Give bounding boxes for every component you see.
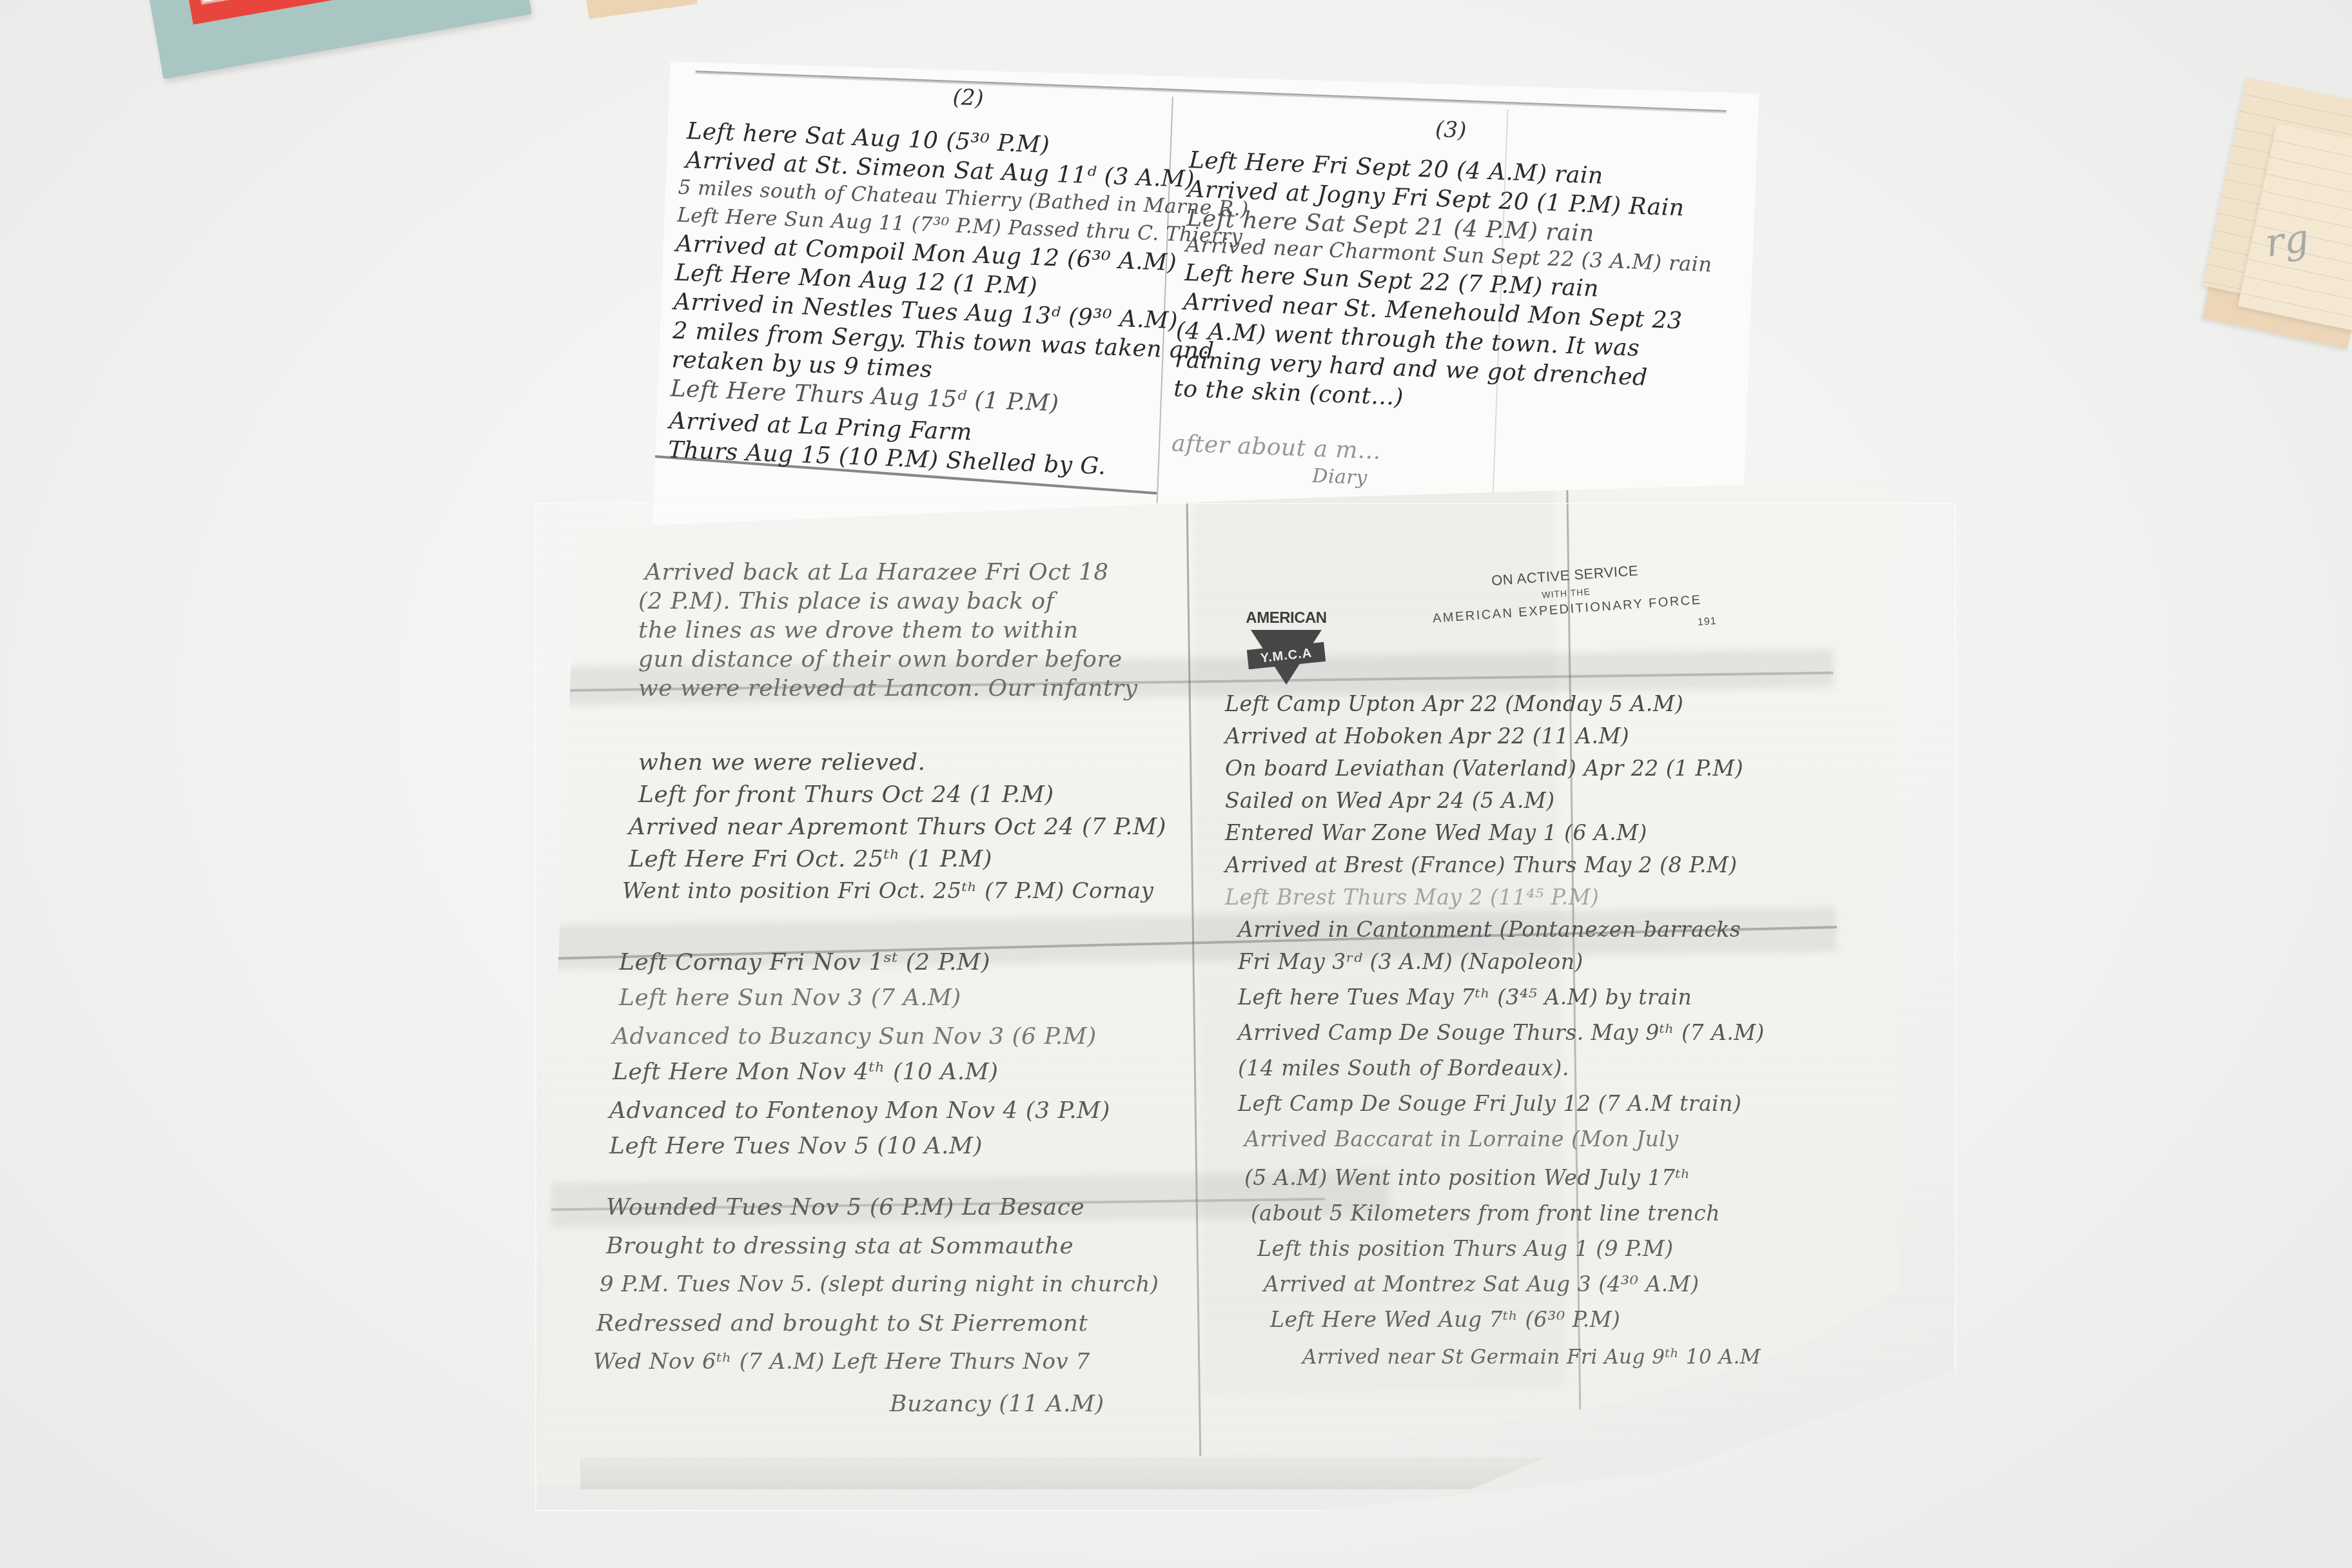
diary-line: Left Here Fri Oct. 25ᵗʰ (1 P.M): [629, 848, 992, 871]
diary-line: Left Cornay Fri Nov 1ˢᵗ (2 P.M): [619, 951, 990, 974]
diary-line: On board Leviathan (Vaterland) Apr 22 (1…: [1225, 758, 1743, 779]
ymca-logo: AMERICAN Y.M.C.A: [1241, 609, 1331, 685]
diary-line: Arrived back at La Harazee Fri Oct 18: [645, 561, 1109, 584]
diary-line: Went into position Fri Oct. 25ᵗʰ (7 P.M)…: [622, 880, 1154, 902]
diary-line: (5 A.M) Went into position Wed July 17ᵗʰ: [1244, 1167, 1690, 1188]
diary-line: the lines as we drove them to within: [638, 619, 1079, 642]
diary-line: when we were relieved.: [638, 751, 926, 774]
diary-line: Left this position Thurs Aug 1 (9 P.M): [1257, 1238, 1674, 1259]
ymca-triangle-icon: Y.M.C.A: [1251, 630, 1322, 685]
diary-line: Advanced to Fontenoy Mon Nov 4 (3 P.M): [609, 1099, 1110, 1122]
diary-line: Brought to dressing sta at Sommauthe: [606, 1235, 1073, 1258]
ymca-badge: Y.M.C.A: [1247, 642, 1326, 669]
diary-line: Arrived in Cantonment (Pontanezen barrac…: [1238, 919, 1741, 940]
diary-line: Arrived near Apremont Thurs Oct 24 (7 P.…: [629, 816, 1166, 839]
diary-line: Entered War Zone Wed May 1 (6 A.M): [1225, 822, 1647, 843]
diary-line: Sailed on Wed Apr 24 (5 A.M): [1225, 790, 1555, 811]
diary-line: Left Camp De Souge Fri July 12 (7 A.M tr…: [1238, 1093, 1741, 1114]
diary-line: after about a m...: [1171, 432, 1382, 463]
diary-line: Arrived at Hoboken Apr 22 (11 A.M): [1225, 725, 1629, 747]
diary-line: Left Here Tues Nov 5 (10 A.M): [609, 1135, 983, 1158]
diary-line: Left Here Wed Aug 7ᵗʰ (6³⁰ P.M): [1270, 1309, 1620, 1330]
diary-line: Left Brest Thurs May 2 (11⁴⁵ P.M): [1225, 887, 1599, 908]
diary-line: Arrived near St Germain Fri Aug 9ᵗʰ 10 A…: [1302, 1347, 1761, 1367]
diary-line: (14 miles South of Bordeaux).: [1238, 1057, 1569, 1079]
diary-line: gun distance of their own border before: [638, 648, 1122, 671]
diary-line: to the skin (cont...): [1173, 377, 1404, 409]
diary-line: 9 P.M. Tues Nov 5. (slept during night i…: [600, 1273, 1159, 1295]
diary-line: Arrived Baccarat in Lorraine (Mon July: [1244, 1128, 1679, 1150]
diary-line: Wounded Tues Nov 5 (6 P.M) La Besace: [606, 1196, 1084, 1219]
diary-line: Arrived Camp De Souge Thurs. May 9ᵗʰ (7 …: [1238, 1022, 1765, 1043]
diary-label: Diary: [1312, 467, 1367, 488]
diary-line: Advanced to Buzancy Sun Nov 3 (6 P.M): [612, 1025, 1097, 1048]
diary-line: Left Here Mon Nov 4ᵗʰ (10 A.M): [612, 1061, 999, 1084]
paper-stack-edge: [580, 1457, 1547, 1489]
diary-line: (about 5 Kilometers from front line tren…: [1251, 1202, 1720, 1224]
diary-line: Wed Nov 6ᵗʰ (7 A.M) Left Here Thurs Nov …: [593, 1351, 1090, 1373]
ymca-brand-text: AMERICAN: [1241, 609, 1331, 627]
diary-line: Left for front Thurs Oct 24 (1 P.M): [638, 783, 1054, 807]
diary-line: Left here Tues May 7ᵗʰ (3⁴⁵ A.M) by trai…: [1238, 986, 1692, 1008]
diary-line: Buzancy (11 A.M): [890, 1393, 1104, 1416]
diary-line: we were relieved at Lancon. Our infantry: [638, 677, 1138, 700]
diary-line: Arrived at Brest (France) Thurs May 2 (8…: [1225, 854, 1738, 876]
page-number-right: (3): [1435, 117, 1467, 144]
red-label: [181, 0, 340, 24]
diary-line: (2 P.M). This place is away back of: [638, 590, 1055, 613]
diary-line: Arrived at Montrez Sat Aug 3 (4³⁰ A.M): [1264, 1273, 1700, 1295]
page-number-left: (2): [952, 84, 985, 112]
diary-line: Fri May 3ʳᵈ (3 A.M) (Napoleon): [1238, 951, 1583, 972]
diary-line: Redressed and brought to St Pierremont: [596, 1312, 1088, 1335]
diary-line: Left Camp Upton Apr 22 (Monday 5 A.M): [1225, 693, 1683, 714]
diary-line: Left here Sun Nov 3 (7 A.M): [619, 986, 961, 1010]
